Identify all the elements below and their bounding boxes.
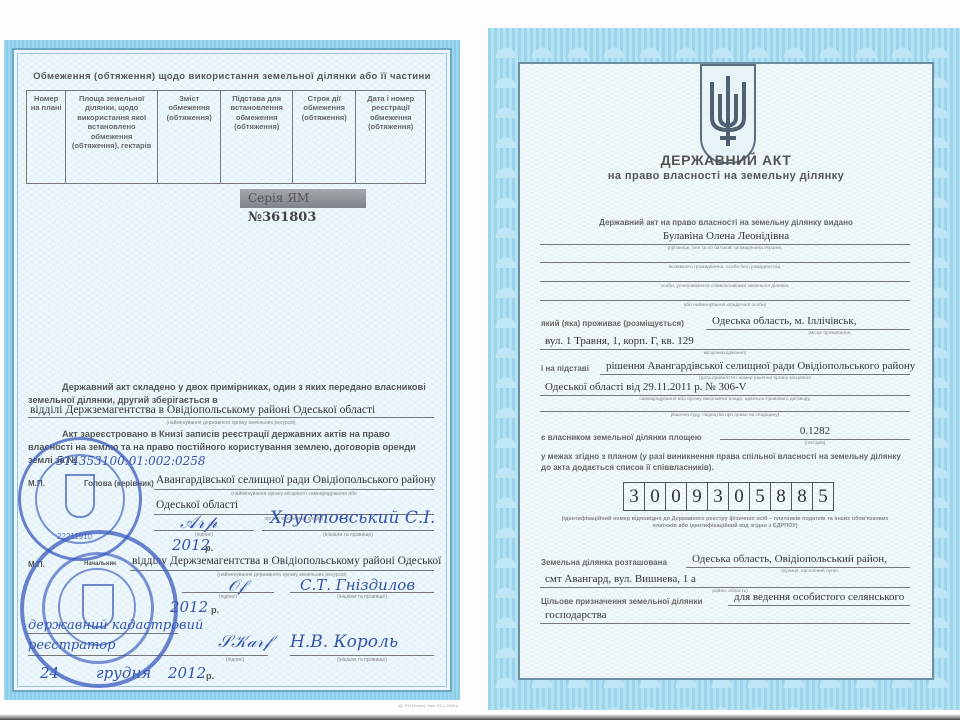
tax-id-boxes: 3 0 0 9 3 0 5 8 8 5 <box>623 482 834 511</box>
location-caption-1: (вулиця, населений пункт, <box>760 569 860 574</box>
owner-line-3 <box>540 281 910 282</box>
basis-line-1: рішення Авангардівської селищної ради Ов… <box>606 360 915 372</box>
copies-line <box>28 417 434 418</box>
council-name-2: Одеської області <box>156 499 238 512</box>
name-caption-1: (ініціали та прізвище) <box>262 532 434 538</box>
owner-caption-1: (прізвище, ім'я та по батькові громадяни… <box>540 246 910 251</box>
purpose-line-1: для ведення особистого селянського <box>734 591 904 603</box>
date-3-year: 2012 <box>168 664 206 682</box>
dept-line <box>130 570 434 571</box>
area-caption: (гектарів) <box>720 441 910 446</box>
col-basis: Підстава для встановлення обмеження (обт… <box>221 91 293 184</box>
owner-line-4 <box>540 300 910 301</box>
name-line-3 <box>290 655 434 656</box>
agency-stamp <box>20 530 178 688</box>
address-caption-1: (місце проживання, <box>790 331 870 336</box>
signature-registrar: 𝒮𝒦𝒶𝓇𝒻 <box>218 632 271 652</box>
copies-stored-at: відділі Держземагентства в Овідіопольськ… <box>30 404 375 417</box>
tax-id-digit: 8 <box>771 483 792 510</box>
basis-line-2: Одеської області від 29.11.2011 р. № 306… <box>545 381 747 393</box>
tax-id-digit: 0 <box>666 483 687 510</box>
signature-dept: 𝒪𝒻 <box>228 576 245 596</box>
name-line-2 <box>290 592 434 593</box>
tax-id-digit: 9 <box>687 483 708 510</box>
purpose-label: Цільове призначення земельної ділянки <box>541 597 702 606</box>
tax-id-digit: 0 <box>729 483 750 510</box>
area-underline <box>720 439 910 440</box>
tax-id-digit: 5 <box>750 483 771 510</box>
owner-line-2 <box>540 262 910 263</box>
year-suffix-1: р. <box>205 542 213 555</box>
tax-id-digit: 0 <box>645 483 666 510</box>
location-label: Земельна ділянка розташована <box>541 558 667 567</box>
basis-caption-2: самоврядування або органу виконавчої вла… <box>540 397 910 402</box>
plan-text: у межах згідно з планом (у разі виникнен… <box>541 451 911 473</box>
issued-text: Державний акт на право власності на земе… <box>518 218 934 227</box>
owner-line-1 <box>540 244 910 245</box>
basis-underline-3 <box>540 411 910 412</box>
owner-caption-2: іноземного громадянина, особи без громад… <box>540 265 910 270</box>
copies-caption: (найменування державного органу земельни… <box>28 420 434 426</box>
location-line-2: смт Авангард, вул. Вишнева, 1 а <box>545 573 696 585</box>
council-name-1: Авангардівської селищної ради Овідіополь… <box>156 474 436 487</box>
certificate-subtitle: на право власності на земельну ділянку <box>518 170 934 182</box>
trident-icon <box>706 72 750 152</box>
tax-id-digit: 8 <box>792 483 813 510</box>
name-line-1 <box>262 530 434 531</box>
area-value: 0.1282 <box>720 425 910 437</box>
council-line-1 <box>154 489 434 490</box>
sig-line-2 <box>182 592 274 593</box>
tax-id-digit: 3 <box>708 483 729 510</box>
sig-caption-3: (підпис) <box>200 657 270 663</box>
col-area: Площа земельної ділянки, щодо використан… <box>66 91 158 184</box>
owner-caption-4: або найменування юридичної особи) <box>540 303 910 308</box>
restrictions-table: Номер на плані Площа земельної ділянки, … <box>26 90 426 184</box>
location-underline-1 <box>686 567 910 568</box>
resides-label: який (яка) проживає (розміщується) <box>541 319 684 328</box>
basis-underline-1 <box>600 374 910 375</box>
restrictions-title: Обмеження (обтяження) щодо використання … <box>4 71 460 82</box>
basis-underline-2 <box>540 395 910 396</box>
form-code: ДС-РМ (бланк), Зам. 512. 2009 р. <box>398 703 459 708</box>
owner-caption-3: особи, уповноваженої співвласниками земе… <box>540 284 910 289</box>
purpose-underline-2 <box>540 623 910 624</box>
tax-id-digit: 3 <box>624 483 645 510</box>
location-line-1: Одеська область, Овідіопольський район, <box>692 553 887 565</box>
series-badge: Серія ЯМ №361803 <box>240 189 366 208</box>
col-term: Строк дії обмеження (обтяження) <box>292 91 355 184</box>
series-label: Серія ЯМ <box>248 191 309 205</box>
year-suffix-2: р. <box>211 604 219 617</box>
tax-id-digit: 5 <box>813 483 833 510</box>
owner-name: Булавіна Олена Леонідівна <box>518 230 934 242</box>
address-line-2: вул. 1 Травня, 1, корп. Г, кв. 129 <box>545 335 694 347</box>
address-underline-1 <box>706 329 910 330</box>
col-plan-number: Номер на плані <box>27 91 66 184</box>
council-caption-1: (найменування органу місцевого самовряду… <box>154 491 434 497</box>
purpose-line-2: господарства <box>545 609 607 621</box>
name-caption-3: (ініціали та прізвище) <box>290 657 434 663</box>
sig-line-1 <box>154 530 254 531</box>
signature-name-3: Н.В. Король <box>290 632 398 652</box>
location-underline-2 <box>540 587 910 588</box>
dept-name: відділу Держземагентства в Овідіопольськ… <box>132 555 441 568</box>
signature-name-1: Хрустовський С.І. <box>270 508 435 528</box>
coat-of-arms <box>700 64 756 164</box>
series-number: №361803 <box>248 210 316 225</box>
year-suffix-3: р. <box>206 670 214 683</box>
purpose-underline-1 <box>728 605 910 606</box>
basis-label: і на підставі <box>541 364 589 373</box>
scan-edge <box>0 714 960 720</box>
basis-caption-3: рішення суду, свідоцтва про право на спа… <box>540 413 910 418</box>
certificate-title: ДЕРЖАВНИЙ АКТ <box>518 152 934 168</box>
tax-id-caption: (ідентифікаційний номер відповідно до Де… <box>560 516 890 530</box>
col-content: Зміст обмеження (обтяження) <box>157 91 220 184</box>
address-underline-2 <box>540 349 910 350</box>
name-caption-2: (ініціали та прізвище) <box>290 594 434 600</box>
address-caption-2: місцезнаходження) <box>540 351 910 356</box>
address-line-1: Одеська область, м. Іллічівськ, <box>712 315 857 327</box>
owner-area-label: є власником земельної ділянки площею <box>541 433 702 442</box>
col-registration: Дата і номер реєстрації обмеження (обтяж… <box>356 91 426 184</box>
